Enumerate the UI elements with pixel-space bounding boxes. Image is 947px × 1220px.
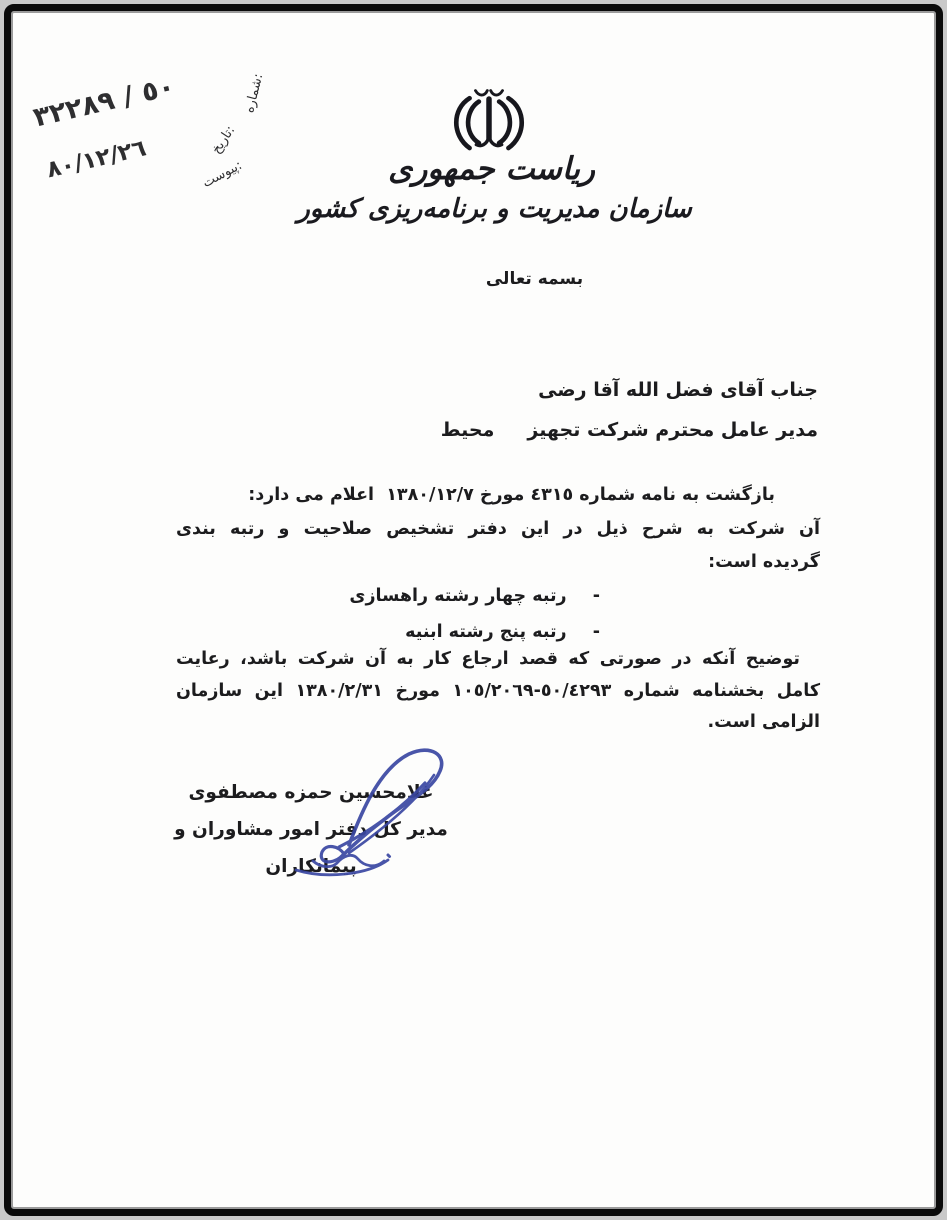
rank-item-text: رتبه چهار رشته راهسازی bbox=[349, 586, 566, 606]
body-paragraph-1: بازگشت به نامه شماره ٤٣١٥ مورخ ١٣٨٠/١٢/٧… bbox=[176, 479, 820, 580]
paragraph-2-line-3: الزامی است. bbox=[176, 707, 820, 739]
presidency-text: ریاست جمهوری bbox=[388, 151, 595, 187]
paragraph-2-line-1: توضیح آنکه در صورتی که قصد ارجاع کار به … bbox=[176, 644, 820, 676]
letterhead-organization-line: سازمان مدیریت و برنامه‌ریزی کشور bbox=[11, 194, 936, 224]
signature-mark bbox=[287, 739, 467, 884]
paragraph-1-line-2: آن شرکت به شرح ذیل در این دفتر تشخیص صلا… bbox=[176, 513, 820, 547]
rank-item-roadworks: - رتبه چهار رشته راهسازی bbox=[349, 578, 600, 614]
rank-list: - رتبه چهار رشته راهسازی - رتبه پنج رشته… bbox=[349, 578, 600, 650]
iran-emblem-icon bbox=[446, 83, 532, 159]
rank-item-text: رتبه پنج رشته ابنیه bbox=[405, 622, 567, 642]
paragraph-1-line-1: بازگشت به نامه شماره ٤٣١٥ مورخ ١٣٨٠/١٢/٧… bbox=[176, 479, 820, 513]
recipient-name: جناب آقای فضل الله آقا رضی bbox=[441, 370, 818, 410]
letter-page: ٥٠ / ٣٢٢٨٩ شماره: ٨٠/١٢/٢٦ تاریخ: پیوست:… bbox=[4, 4, 943, 1216]
organization-name-text: سازمان مدیریت و برنامه‌ریزی کشور bbox=[297, 194, 692, 224]
recipient-title: مدیر عامل محترم شرکت تجهیز محیط bbox=[441, 410, 818, 450]
bismillah-row: بسمه تعالی bbox=[11, 269, 936, 289]
letterhead-presidency-line: ریاست جمهوری bbox=[11, 151, 936, 187]
paragraph-1-line-3: گردیده است: bbox=[176, 546, 820, 580]
dash-bullet-icon: - bbox=[593, 586, 600, 606]
scanned-letter-viewport: { "stamp": { "number_label": "شماره:", "… bbox=[0, 0, 947, 1220]
recipient-block: جناب آقای فضل الله آقا رضی مدیر عامل محت… bbox=[441, 370, 818, 450]
body-paragraph-2: توضیح آنکه در صورتی که قصد ارجاع کار به … bbox=[176, 644, 820, 739]
paragraph-2-line-2: کامل بخشنامه شماره ٥٠/٤٢٩٣-١٠٥/٢٠٦٩ مورخ… bbox=[176, 676, 820, 708]
dash-bullet-icon: - bbox=[593, 622, 600, 642]
bismillah-text: بسمه تعالی bbox=[486, 269, 583, 289]
